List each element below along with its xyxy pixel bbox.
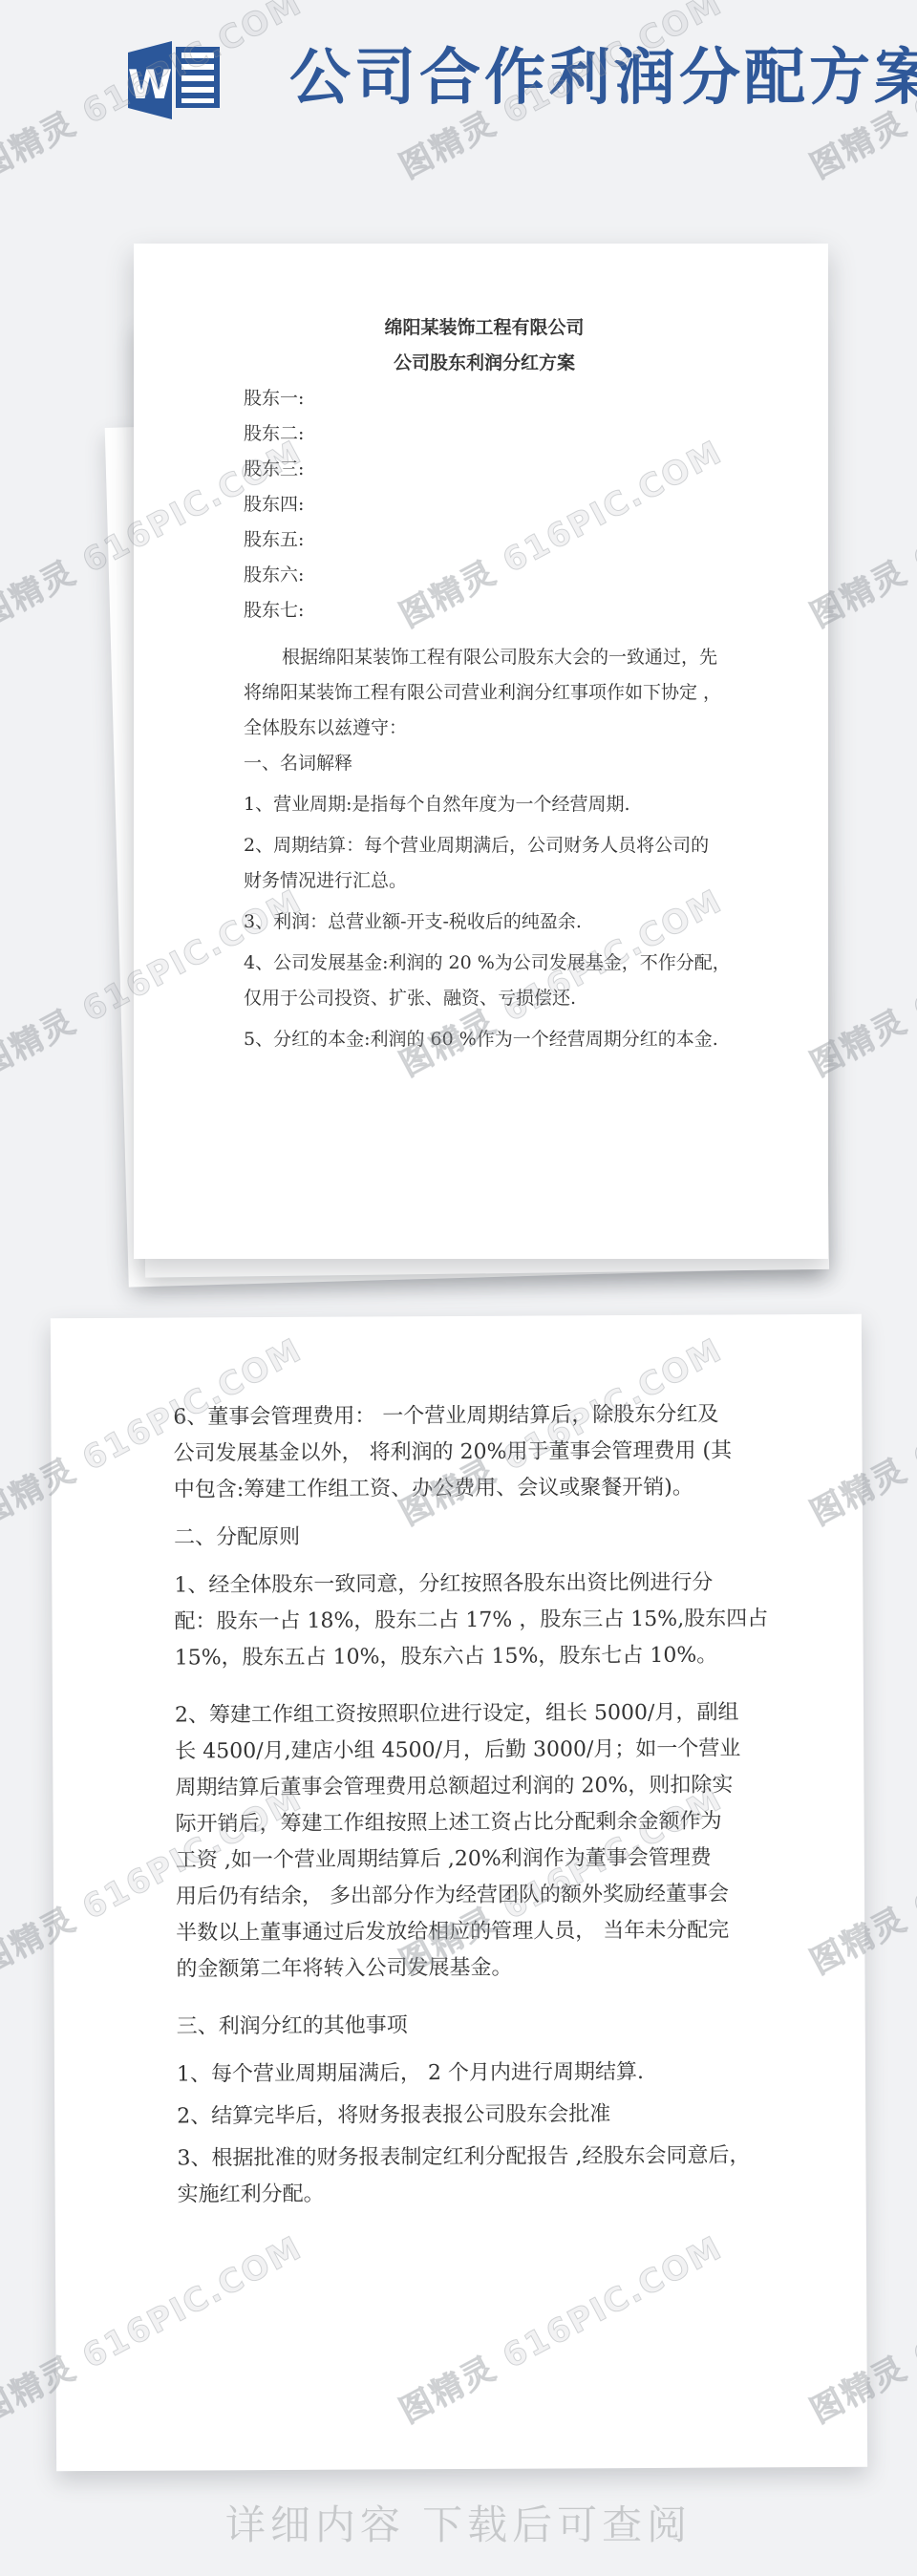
doc-line: 实施红利分配。	[178, 2174, 756, 2213]
doc-line: 用后仍有结余， 多出部分作为经营团队的额外奖励经董事会	[176, 1876, 754, 1915]
doc-line: 6、董事会管理费用： 一个营业周期结算后，除股东分红及	[173, 1396, 751, 1436]
page2-content: 6、董事会管理费用： 一个营业周期结算后，除股东分红及公司发展基金以外， 将利润…	[51, 1314, 866, 2214]
doc-line: 股东三:	[244, 452, 725, 487]
doc-line: 5、分红的本金:利润的 60 %作为一个经营周期分红的本金.	[244, 1022, 725, 1057]
doc-line: 3、根据批准的财务报表制定红利分配报告 ,经股东会同意后，	[177, 2138, 755, 2177]
page1-content: 绵阳某装饰工程有限公司公司股东利润分红方案股东一:股东二:股东三:股东四:股东五…	[134, 244, 828, 1057]
doc-line: 中包含:筹建工作组工资、办公费用、会议或聚餐开销)。	[174, 1469, 752, 1508]
doc-line: 绵阳某装饰工程有限公司	[244, 310, 725, 346]
doc-line: 3、利润：总营业额-开支-税收后的纯盈余.	[244, 905, 725, 940]
doc-line: 配：股东一占 18%，股东二占 17% ，股东三占 15%,股东四占	[174, 1601, 752, 1640]
doc-line: 股东六:	[244, 558, 725, 593]
doc-line: 股东一:	[244, 381, 725, 416]
template-preview-canvas: W 公司合作利润分配方案 绵阳某装饰工程有限公司公司股东利润分红方案股东一:股东…	[0, 0, 917, 2576]
doc-line: 公司股东利润分红方案	[244, 346, 725, 381]
doc-line: 将绵阳某装饰工程有限公司营业利润分红事项作如下协定 ，	[244, 675, 725, 711]
doc-line: 根据绵阳某装饰工程有限公司股东大会的一致通过，先	[244, 640, 725, 675]
document-page-2: 6、董事会管理费用： 一个营业周期结算后，除股东分红及公司发展基金以外， 将利润…	[51, 1314, 867, 2471]
document-page-1: 绵阳某装饰工程有限公司公司股东利润分红方案股东一:股东二:股东三:股东四:股东五…	[134, 244, 828, 1259]
doc-line: 股东四:	[244, 487, 725, 522]
doc-line: 1、营业周期:是指每个自然年度为一个经营周期.	[244, 787, 725, 822]
doc-line: 长 4500/月,建店小组 4500/月，后勤 3000/月；如一个营业	[175, 1731, 753, 1770]
doc-line: 股东二:	[244, 416, 725, 452]
doc-line: 2、筹建工作组工资按照职位进行设定，组长 5000/月，副组	[175, 1694, 753, 1734]
doc-line: 公司发展基金以外， 将利润的 20%用于董事会管理费用 (其	[173, 1433, 751, 1472]
doc-line: 际开销后，筹建工作组按照上述工资占比分配剩余金额作为	[176, 1803, 754, 1842]
doc-line: 全体股东以兹遵守：	[244, 711, 725, 746]
doc-line: 周期结算后董事会管理费用总额超过利润的 20%，则扣除实	[175, 1767, 753, 1806]
footer: 详细内容 下载后可查阅	[0, 2469, 917, 2576]
footer-note: 详细内容 下载后可查阅	[225, 2494, 692, 2551]
doc-line: 股东七:	[244, 593, 725, 628]
word-icon-letter: W	[128, 61, 172, 108]
doc-line: 工资 ,如一个营业周期结算后 ,20%利润作为董事会管理费	[176, 1840, 754, 1879]
doc-line: 股东五:	[244, 522, 725, 558]
doc-line: 2、结算完毕后，将财务报表报公司股东会批准	[177, 2096, 755, 2135]
word-icon: W	[127, 40, 234, 120]
page-title: 公司合作利润分配方案	[289, 29, 917, 117]
doc-line: 2、周期结算：每个营业周期满后，公司财务人员将公司的	[244, 828, 725, 863]
doc-line: 1、每个营业周期届满后， 2 个月内进行周期结算.	[177, 2054, 755, 2093]
doc-line: 1、经全体股东一致同意，分红按照各股东出资比例进行分	[174, 1565, 752, 1604]
doc-line: 仅用于公司投资、扩张、融资、亏损偿还.	[244, 981, 725, 1016]
doc-line: 15%，股东五占 10%，股东六占 15%，股东七占 10%。	[175, 1637, 753, 1676]
doc-line: 财务情况进行汇总。	[244, 863, 725, 899]
doc-line: 二、分配原则	[174, 1517, 752, 1556]
doc-line: 三、利润分红的其他事项	[177, 2006, 755, 2045]
doc-line: 4、公司发展基金:利润的 20 %为公司发展基金，不作分配，	[244, 946, 725, 981]
doc-line: 半数以上董事通过后发放给相应的管理人员， 当年未分配完	[176, 1912, 754, 1951]
doc-line: 一、名词解释	[244, 746, 725, 781]
doc-line: 的金额第二年将转入公司发展基金。	[176, 1948, 754, 1988]
